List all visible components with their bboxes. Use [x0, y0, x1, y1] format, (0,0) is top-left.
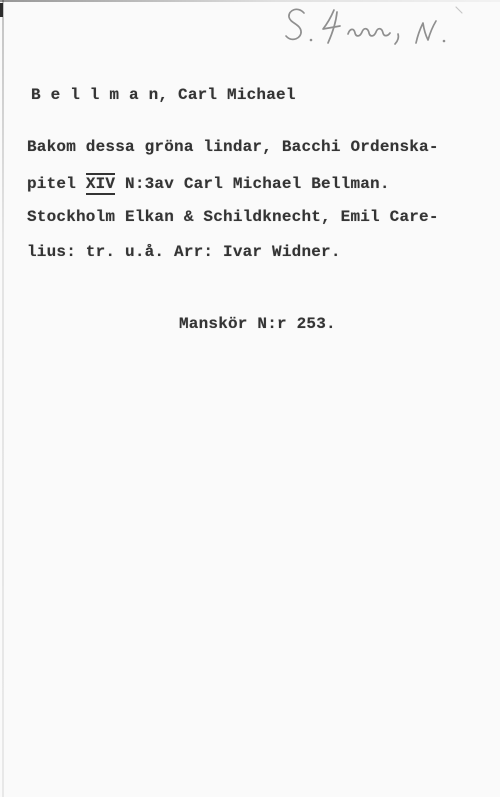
roman-numeral-xiv: XIV: [86, 173, 115, 195]
composer-name: B e l l m a n, Carl Michael: [31, 86, 296, 104]
catalog-number: Manskör N:r 253.: [179, 315, 336, 333]
description-line-4: lius: tr. u.å. Arr: Ivar Widner.: [27, 243, 341, 261]
scan-edge-artifact-tick: [0, 3, 3, 17]
description-line-2: pitel XIV N:3av Carl Michael Bellman.: [27, 173, 390, 195]
description-line-3: Stockholm Elkan & Schildknecht, Emil Car…: [27, 208, 439, 226]
description-line-1: Bakom dessa gröna lindar, Bacchi Ordensk…: [27, 138, 439, 156]
description-line-2-suffix: N:3av Carl Michael Bellman.: [115, 175, 389, 193]
scan-edge-artifact-left: [2, 0, 4, 797]
catalog-card: B e l l m a n, Carl Michael Bakom dessa …: [0, 0, 500, 797]
scan-edge-artifact-top: [0, 0, 500, 2]
handwritten-annotation: [280, 3, 470, 51]
description-line-2-prefix: pitel: [27, 175, 86, 193]
